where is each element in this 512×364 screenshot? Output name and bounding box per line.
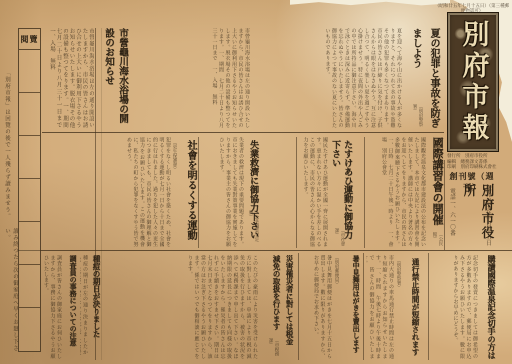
vertical-rule-bot-1 — [428, 253, 429, 360]
slogan-bottom: 讀み終つたら次の御家庭へ早くお廻し下さい。 — [3, 228, 19, 358]
vertical-rule-masthead — [444, 160, 445, 250]
vertical-rule-mid-2 — [296, 137, 297, 248]
article-hagaki-byline: （別府郵便局） — [334, 255, 340, 289]
article-tasukeai-byline: （市社會課） — [334, 228, 346, 248]
band-divider-1 — [42, 132, 444, 133]
masthead-credits: 發行所 別府市役所 編輯 總務課文書係 印刷 別府印刷株式會社 — [447, 153, 497, 170]
article-tsuko-headline: 通行禁止時間が短縮されます — [406, 258, 421, 360]
vertical-rule-mid-1 — [364, 137, 365, 248]
article-kitte-headline: 購讀國際温泉記念切手の方は — [481, 255, 497, 359]
vertical-rule-mid-3 — [198, 137, 199, 248]
newspaper-page: （昭和廿五年七月十五日）（第三種郵便物認可） 別府市報 發行所 別府市役所 編輯… — [0, 0, 512, 364]
article-shakai-body: 犯罪をなくし明るい社會を築くため、社會を明るくする運動が七月一日から十日まで全國… — [99, 137, 171, 247]
vertical-rule-left-margin — [95, 28, 96, 360]
masthead-title: 別府市報 — [460, 20, 487, 144]
publisher-name: 別府市役所 — [460, 184, 496, 252]
article-kamegawa-headline: 市營龜川海水浴場の開設のお知らせ — [101, 28, 129, 126]
article-kamegawa-list: 市營龜川海水浴場は左の通り開設いたしますから、市民の皆さんはお誘ひ合せの上大いに… — [42, 28, 94, 128]
band-divider-2 — [18, 250, 512, 251]
article-shitsugyo-body: 失業者の救濟は現下の重要問題であります。市におきましても失業對策事業を實施してを… — [200, 137, 244, 247]
vertical-rule-bot-3 — [298, 253, 299, 360]
article-saigai-byline: （市税務課） — [268, 338, 280, 360]
circulation-stamp-grid: 閱覽 — [18, 28, 41, 352]
article-kamegawa-body: 市營龜川海水浴場は左の通り開設いたしますから、市民の皆さんはお誘ひ合せの上大いに… — [132, 28, 250, 128]
article-shakai-headline: 社會を明るくする運動 — [183, 140, 198, 248]
stamp-grid-header: 閱覽 — [19, 29, 40, 50]
stamp-cell — [19, 265, 40, 308]
publisher-phone: 電話一、六一〇番 — [448, 188, 456, 250]
stamp-cell — [19, 50, 40, 93]
article-tsuko-byline: （別府警察署） — [396, 258, 402, 292]
article-tsuko-body: 市内大通りの車馬通行禁止時間は左の通り短縮されますからお知らせいたします。一、時… — [366, 255, 394, 359]
credit-line: 印刷 別府印刷株式會社 — [447, 164, 497, 170]
slogan-top: 「別府市報」は回覽の後で一人殘らず讀みませう。 — [3, 70, 11, 220]
stamp-cell — [19, 308, 40, 350]
article-kokusai-body: 國際觀光温泉文化都市建設法の公布を記念いたしまして、本市では左記により講習會を開… — [368, 137, 426, 247]
article-hagaki-body: 暑中見舞用郵便はがきを七月十五日から賣出します。數に限りがありますから、お早めに… — [300, 255, 332, 359]
article-hagaki-headline: 暑中見舞用はがきを賣出します — [344, 255, 360, 353]
article-shakai-byline: （更生保護會） — [172, 140, 178, 174]
torn-paper-edge-top — [290, 0, 450, 6]
article-tasukeai-body: 國民たすけあひ運動が全國一齊に展開されます。恵まれない方々に温かい手を差しのべる… — [298, 137, 328, 247]
vertical-rule-bot-4 — [101, 28, 102, 360]
stamp-cell — [19, 93, 40, 136]
article-kokusai-byline: （公民館） — [432, 232, 444, 250]
article-shitsugyo-byline: （公共職業安定所） — [248, 210, 260, 248]
article-chosa-headline: 調査員の事務についての注意 — [64, 255, 77, 351]
article-saigai-headline: 災害罹災者に對しては税金減免の取扱を行ひます — [262, 255, 296, 345]
vertical-rule-bot-2 — [363, 253, 364, 360]
article-tasukeai-headline: たすけあひ運動に御協力下さい — [330, 140, 354, 240]
article-kitte-body: 記念切手の發賣につきましては御希望の方が多數ありますので、郵便局にお申込み下さる… — [432, 255, 478, 359]
stamp-cell — [19, 136, 40, 179]
masthead-title-box: 別府市報 — [447, 12, 499, 152]
article-shuto-body: 種痘の期日が左の通り決まりましたから、まだおすみでない方は忘れずにお受け下さい。 — [80, 255, 88, 355]
article-natsu-body: 夏を迎へて海や山に出かける人が多くなりますと、それにつれて水の事故や盗難その他の… — [252, 28, 402, 128]
article-natsu-byline: （別府警察署） — [412, 104, 424, 130]
article-saigai-body: このたびの豪雨により災害を受けられた方に對しましては、申請により市税の減免の取扱… — [104, 255, 258, 359]
stamp-cell — [19, 179, 40, 222]
article-kokusai-headline: 國際講習會の開催 — [429, 137, 445, 237]
article-chosa-body: 調査員が皆さんの御家庭にお伺ひいたしますから、事務に御協力下さるやうお願ひいたし… — [42, 255, 62, 359]
stamp-cell — [19, 222, 40, 265]
